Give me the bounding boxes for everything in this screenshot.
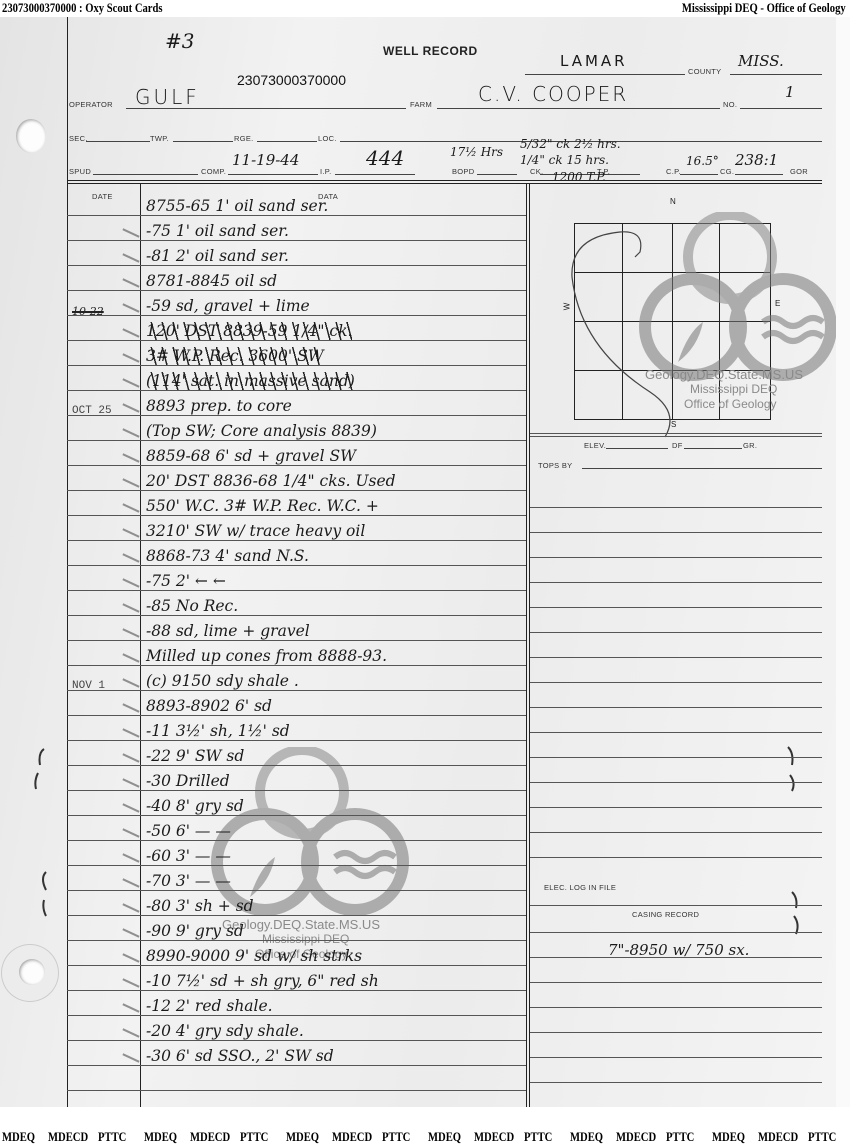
log-entry: 3210' SW w/ trace heavy oil (146, 522, 365, 540)
log-entry: -60 3' — — (146, 847, 231, 865)
log-entry: -80 3' sh + sd (146, 897, 254, 915)
check-tick (122, 553, 139, 562)
compass-north: N (670, 197, 676, 206)
state-value: MISS. (738, 52, 784, 70)
ruled-line (530, 632, 822, 633)
footer-tag: MDECD (758, 1130, 798, 1145)
footer-tag: PTTC (666, 1130, 694, 1145)
check-tick (122, 403, 139, 412)
check-tick (122, 253, 139, 262)
check-tick (122, 978, 139, 987)
check-tick (122, 828, 139, 837)
log-entry: (114' sat. in massive sand) (146, 372, 355, 390)
check-tick (122, 528, 139, 537)
document-title: 23073000370000 : Oxy Scout Cards (2, 1, 163, 16)
gor-label: GOR (790, 167, 808, 176)
check-tick (122, 803, 139, 812)
log-entry: -30 Drilled (146, 772, 230, 790)
elev-label: ELEV. (584, 441, 606, 450)
log-entry: -40 8' gry sd (146, 797, 244, 815)
card-edge (836, 17, 850, 1107)
ruled-line (67, 615, 526, 616)
ruled-line (530, 682, 822, 683)
ruled-line (67, 790, 526, 791)
check-tick (122, 328, 139, 337)
location-arrow (560, 217, 760, 457)
sec-label: SEC. (69, 134, 88, 143)
ruled-line (67, 740, 526, 741)
ruled-line (67, 640, 526, 641)
ruled-line (530, 707, 822, 708)
staple-icon (788, 890, 808, 950)
check-tick (122, 653, 139, 662)
api-number: 23073000370000 (237, 72, 346, 88)
ruled-line (67, 465, 526, 466)
check-tick (122, 603, 139, 612)
check-tick (122, 1028, 139, 1037)
ruled-line (67, 665, 526, 666)
casing-record-label: CASING RECORD (632, 910, 699, 919)
check-tick (122, 478, 139, 487)
rge-label: RGE. (234, 134, 254, 143)
tp-note: 1200 T.P. (552, 170, 606, 184)
log-entry: -75 2' ← ← (146, 572, 226, 590)
form-title: WELL RECORD (383, 44, 478, 58)
cp-value: 16.5° (686, 154, 719, 168)
log-entry: -20 4' gry sdy shale. (146, 1022, 304, 1040)
column-divider (526, 184, 527, 1107)
check-tick (122, 1053, 139, 1062)
check-tick (122, 853, 139, 862)
bopd-note: 17½ Hrs (450, 145, 503, 159)
comp-date-value: 11-19-44 (232, 151, 299, 169)
ruled-line (530, 1007, 822, 1008)
footer-tag: PTTC (98, 1130, 126, 1145)
ruled-line (67, 415, 526, 416)
choke-line-2: 1/4" ck 15 hrs. (520, 153, 609, 167)
footer-tag: MDEQ (2, 1130, 35, 1145)
cg-gor-value: 238:1 (735, 151, 778, 169)
spud-label: SPUD (69, 167, 91, 176)
date-divider (140, 184, 141, 1107)
elec-log-label: ELEC. LOG IN FILE (544, 883, 616, 892)
footer-tag: MDEQ (428, 1130, 461, 1145)
ruled-line (67, 715, 526, 716)
log-entry: 8990-9000 9' sd w/ sh strks (146, 947, 362, 965)
log-entry: (Top SW; Core analysis 8839) (146, 422, 377, 440)
log-entry: -12 2' red shale. (146, 997, 273, 1015)
staple-icon (784, 745, 804, 805)
footer-tag: MDEQ (144, 1130, 177, 1145)
ruled-line (67, 1065, 526, 1066)
ruled-line (67, 390, 526, 391)
check-tick (122, 378, 139, 387)
watermark-agency: Mississippi DEQ (262, 932, 349, 946)
ruled-line (67, 490, 526, 491)
log-entry: 8755-65 1' oil sand ser. (146, 197, 328, 215)
log-entry: 3# W.P. Rec. 3600' SW (146, 347, 324, 365)
ruled-line (530, 957, 822, 958)
check-tick (122, 878, 139, 887)
watermark-office: Office of Geology (684, 397, 777, 411)
operator-value: GULF (135, 85, 200, 109)
footer-tag: MDEQ (712, 1130, 745, 1145)
log-date: OCT 25 (72, 405, 112, 417)
farm-label: FARM (410, 100, 432, 109)
log-entry: 8893 prep. to core (146, 397, 292, 415)
log-date: 10-22 (72, 305, 104, 318)
cg-label: CG. (720, 167, 734, 176)
ruled-line (67, 1090, 526, 1091)
punch-hole (19, 959, 45, 985)
ruled-line (530, 757, 822, 758)
operator-label: OPERATOR (69, 100, 113, 109)
ruled-line (67, 765, 526, 766)
check-tick (122, 1003, 139, 1012)
ip-label: I.P. (320, 167, 332, 176)
footer-tag: MDECD (474, 1130, 514, 1145)
log-entry: -22 9' SW sd (146, 747, 244, 765)
ruled-line (67, 915, 526, 916)
footer-strip: MDEQMDECDPTTCMDEQMDECDPTTCMDEQMDECDPTTCM… (0, 1128, 850, 1147)
ruled-line (67, 890, 526, 891)
ruled-line (67, 240, 526, 241)
log-entry: 20' DST 8836-68 1/4" cks. Used (146, 472, 396, 490)
log-entry: -88 sd, lime + gravel (146, 622, 310, 640)
choke-line-1: 5/32" ck 2½ hrs. (520, 137, 621, 151)
check-tick (122, 428, 139, 437)
ruled-line (530, 782, 822, 783)
footer-tag: PTTC (808, 1130, 836, 1145)
log-entry: -70 3' — — (146, 872, 231, 890)
log-entry: -85 No Rec. (146, 597, 238, 615)
ruled-line (67, 365, 526, 366)
df-label: DF (672, 441, 683, 450)
check-tick (122, 778, 139, 787)
check-tick (122, 353, 139, 362)
footer-tag: MDEQ (286, 1130, 319, 1145)
check-tick (122, 503, 139, 512)
ruled-line (530, 507, 822, 508)
ruled-line (67, 990, 526, 991)
gr-label: GR. (743, 441, 757, 450)
footer-tag: MDECD (190, 1130, 230, 1145)
agency-title: Mississippi DEQ - Office of Geology (682, 1, 846, 16)
ruled-line (530, 1032, 822, 1033)
ruled-line (67, 1015, 526, 1016)
check-tick (122, 903, 139, 912)
tops-by-label: TOPS BY (538, 461, 572, 470)
comp-label: COMP. (201, 167, 226, 176)
loc-label: LOC. (318, 134, 337, 143)
cp-label: C.P. (666, 167, 681, 176)
ruled-line (67, 290, 526, 291)
ruled-line (67, 265, 526, 266)
scout-card: #3 WELL RECORD 23073000370000 LAMAR COUN… (0, 17, 836, 1107)
log-entry: -75 1' oil sand ser. (146, 222, 289, 240)
ruled-line (67, 540, 526, 541)
ruled-line (67, 965, 526, 966)
footer-tag: PTTC (524, 1130, 552, 1145)
ruled-line (67, 315, 526, 316)
check-tick (122, 303, 139, 312)
check-tick (122, 628, 139, 637)
check-tick (122, 453, 139, 462)
ruled-line (530, 832, 822, 833)
check-tick (122, 728, 139, 737)
footer-tag: MDEQ (570, 1130, 603, 1145)
check-tick (122, 753, 139, 762)
footer-tag: PTTC (382, 1130, 410, 1145)
log-entry: (c) 9150 sdy shale . (146, 672, 299, 690)
ruled-line (67, 815, 526, 816)
ruled-line (67, 215, 526, 216)
date-column-header: DATE (92, 192, 113, 201)
footer-tag: PTTC (240, 1130, 268, 1145)
log-entry: 8781-8845 oil sd (146, 272, 277, 290)
ruled-line (530, 657, 822, 658)
log-date: NOV 1 (72, 680, 105, 692)
ruled-line (530, 857, 822, 858)
log-entry: 8859-68 6' sd + gravel SW (146, 447, 356, 465)
log-entry: -11 3½' sh, 1½' sd (146, 722, 290, 740)
ruled-line (67, 515, 526, 516)
footer-tag: MDECD (48, 1130, 88, 1145)
compass-east: E (775, 299, 780, 308)
ruled-line (67, 940, 526, 941)
ruled-line (530, 557, 822, 558)
log-entry: Milled up cones from 8888-93. (146, 647, 387, 665)
log-entry: -50 6' — — (146, 822, 231, 840)
page-header: 23073000370000 : Oxy Scout Cards Mississ… (0, 0, 850, 17)
county-label: COUNTY (688, 67, 721, 76)
ruled-line (530, 1082, 822, 1083)
ip-value: 444 (366, 146, 404, 170)
well-no-label: NO. (723, 100, 737, 109)
ruled-line (530, 1057, 822, 1058)
ruled-line (530, 982, 822, 983)
ruled-line (67, 690, 526, 691)
watermark-agency: Mississippi DEQ (690, 382, 777, 396)
ruled-line (67, 865, 526, 866)
log-entry: 8893-8902 6' sd (146, 697, 272, 715)
log-entry: -10 7½' sd + sh gry, 6" red sh (146, 972, 379, 990)
bopd-label: BOPD (452, 167, 474, 176)
check-tick (122, 928, 139, 937)
ruled-line (530, 807, 822, 808)
check-tick (122, 678, 139, 687)
log-entry: -30 6' sd SSO., 2' SW sd (146, 1047, 334, 1065)
county-value: LAMAR (560, 52, 628, 70)
log-entry: -59 sd, gravel + lime (146, 297, 310, 315)
watermark-url: Geology.DEQ.State.MS.US (645, 367, 803, 382)
log-entry: 550' W.C. 3# W.P. Rec. W.C. + (146, 497, 379, 515)
ruled-line (530, 732, 822, 733)
ruled-line (67, 340, 526, 341)
ruled-line (530, 582, 822, 583)
watermark-url: Geology.DEQ.State.MS.US (222, 917, 380, 932)
footer-tag: MDECD (616, 1130, 656, 1145)
ruled-line (67, 440, 526, 441)
log-entry: -90 9' gry sd (146, 922, 244, 940)
farm-value: C.V. COOPER (478, 82, 628, 106)
check-tick (122, 953, 139, 962)
staple-icon (36, 870, 56, 930)
log-entry: 8868-73 4' sand N.S. (146, 547, 309, 565)
ruled-line (530, 607, 822, 608)
check-tick (122, 703, 139, 712)
staple-icon (30, 747, 50, 807)
ruled-line (67, 565, 526, 566)
log-entry: 120' DST 8839-59 1/4" ck. (146, 322, 352, 340)
log-entry: -81 2' oil sand ser. (146, 247, 289, 265)
ruled-line (67, 1040, 526, 1041)
check-tick (122, 228, 139, 237)
footer-tag: MDECD (332, 1130, 372, 1145)
ruled-line (530, 532, 822, 533)
column-divider (529, 184, 530, 1107)
ruled-line (530, 932, 822, 933)
twp-label: TWP. (150, 134, 169, 143)
ruled-line (67, 840, 526, 841)
check-tick (122, 578, 139, 587)
ruled-line (67, 590, 526, 591)
punch-hole (16, 119, 46, 153)
check-tick (122, 278, 139, 287)
well-no-value: 1 (785, 83, 795, 101)
card-number: #3 (165, 29, 194, 53)
